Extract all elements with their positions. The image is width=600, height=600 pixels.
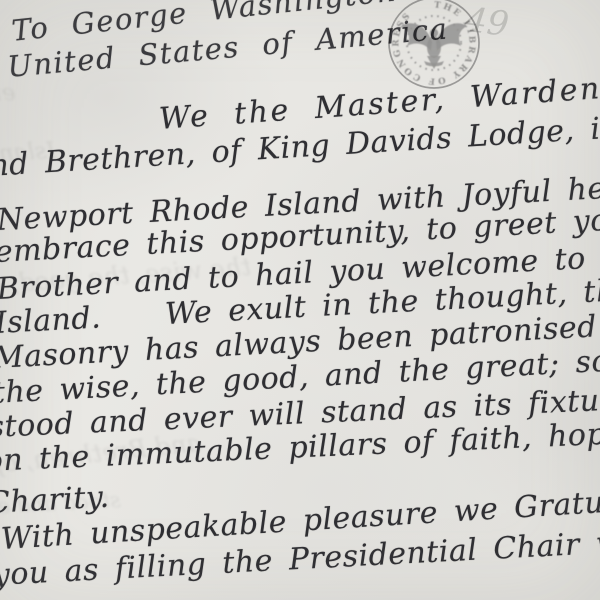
document-page: embrace this opportunity, to greet you a… bbox=[0, 0, 600, 600]
eagle-icon bbox=[401, 23, 467, 69]
library-of-congress-stamp: THE LIBRARY OF CONGRESS bbox=[386, 0, 482, 91]
ink-bleed-through: embrace this opportunity, to greet you a… bbox=[0, 80, 16, 124]
body-line: Charity. bbox=[0, 480, 110, 521]
